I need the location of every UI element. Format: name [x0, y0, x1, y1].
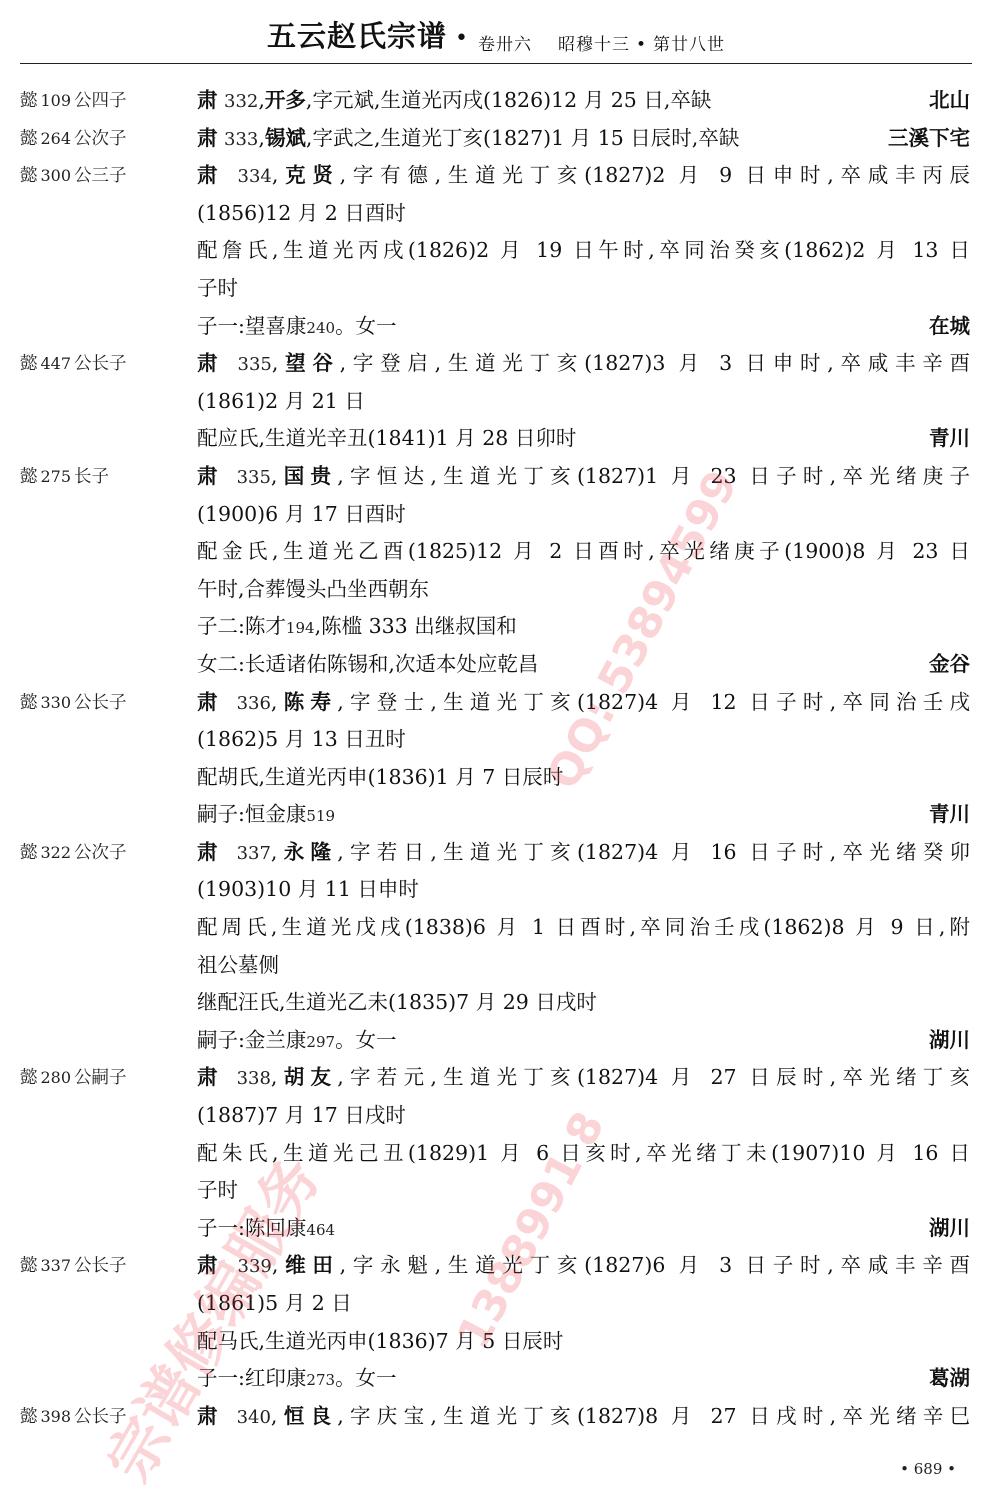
entry-first-line: 懿330公长子肃 336,陈寿,字登士,生道光丁亥(1827)4 月 12 日子… — [0, 684, 992, 722]
person-name: 开多 — [265, 88, 306, 112]
separator-dot: • — [455, 26, 468, 51]
entry-tail: ,陈槛 333 出继叔国和 — [315, 614, 517, 638]
entry-first-line: 懿280公嗣子肃 338,胡友,字若元,生道光丁亥(1827)4 月 27 日辰… — [0, 1059, 992, 1097]
parent-generation-char: 懿 — [20, 1256, 38, 1276]
entry-line: 子时 — [0, 1172, 992, 1210]
entry-first-line: 懿447公长子肃 335,望谷,字登启,生道光丁亥(1827)3 月 3 日申时… — [0, 345, 992, 383]
entry-line: (1861)5 月 2 日 — [0, 1285, 992, 1323]
parent-reference: 懿447公长子 — [20, 345, 127, 384]
entry-number: 334 — [238, 166, 272, 187]
entry-text: 子一:陈回康464 — [197, 1210, 970, 1250]
entry-number: 332 — [224, 91, 258, 112]
parent-relation: 公嗣子 — [74, 1068, 127, 1088]
residence-location: 北山 — [919, 82, 970, 120]
parent-number: 398 — [41, 1407, 72, 1426]
entry-details: ,字有德,生道光丁亥(1827)2 月 9 日申时,卒咸丰丙辰 — [340, 163, 970, 187]
parent-relation: 长子 — [74, 467, 109, 487]
entry-text: 继配汪氏,生道光乙未(1835)7 月 29 日戌时 — [197, 984, 970, 1022]
person-name: 恒良 — [277, 1404, 337, 1428]
entry-first-line: 懿398公长子肃 340,恒良,字庆宝,生道光丁亥(1827)8 月 27 日戌… — [0, 1398, 992, 1436]
book-title: 五云赵氏宗谱 — [267, 14, 447, 55]
child-number: 297 — [306, 1033, 335, 1051]
parent-generation-char: 懿 — [20, 354, 38, 374]
entry-number: 335 — [237, 467, 271, 488]
entry-details: 配胡氏,生道光丙申(1836)1 月 7 日辰时 — [197, 765, 563, 789]
person-name: 锡斌 — [265, 126, 306, 150]
parent-relation: 公长子 — [74, 1256, 127, 1276]
entry-details: (1856)12 月 2 日酉时 — [197, 201, 406, 225]
entry-line: 配马氏,生道光丙申(1836)7 月 5 日辰时 — [0, 1323, 992, 1361]
entry-line: 配周氏,生道光戊戌(1838)6 月 1 日酉时,卒同治壬戌(1862)8 月 … — [0, 909, 992, 947]
entry-number: 335 — [238, 354, 272, 375]
entry-text: 嗣子:金兰康297。女一 — [197, 1022, 970, 1062]
entry-text: 配詹氏,生道光丙戌(1826)2 月 19 日午时,卒同治癸亥(1862)2 月… — [197, 232, 970, 270]
residence-location: 湖川 — [919, 1210, 970, 1248]
residence-location: 三溪下宅 — [878, 120, 970, 158]
generation-char-small: 康 — [286, 1028, 307, 1052]
entry-details: 嗣子:金兰 — [197, 1028, 286, 1052]
entry-details: 子一:陈回 — [197, 1216, 286, 1240]
parent-number: 330 — [41, 693, 72, 712]
entry-text: (1887)7 月 17 日戌时 — [197, 1097, 970, 1135]
entry-first-line: 懿109公四子肃 332,开多,字元斌,生道光丙戌(1826)12 月 25 日… — [0, 82, 992, 120]
person-name: 国贵 — [277, 464, 337, 488]
entry-details: ,字登士,生道光丁亥(1827)4 月 12 日子时,卒同治壬戌 — [337, 690, 970, 714]
parent-reference: 懿398公长子 — [20, 1398, 127, 1437]
entry-line: (1903)10 月 11 日申时 — [0, 871, 992, 909]
entry-line: 嗣子:金兰康297。女一湖川 — [0, 1022, 992, 1060]
entry-first-line: 懿275长子肃 335,国贵,字恒达,生道光丁亥(1827)1 月 23 日子时… — [0, 458, 992, 496]
entry-number: 339 — [238, 1256, 272, 1277]
entry-details: 配朱氏,生道光己丑(1829)1 月 6 日亥时,卒光绪丁未(1907)10 月… — [197, 1141, 970, 1165]
generation-char-small: 康 — [286, 1366, 307, 1390]
entry-text: 肃 340,恒良,字庆宝,生道光丁亥(1827)8 月 27 日戌时,卒光绪辛巳 — [197, 1398, 970, 1437]
entry-text: 配周氏,生道光戊戌(1838)6 月 1 日酉时,卒同治壬戌(1862)8 月 … — [197, 909, 970, 947]
entry-details: 继配汪氏,生道光乙未(1835)7 月 29 日戌时 — [197, 990, 597, 1014]
parent-relation: 公长子 — [74, 1407, 127, 1427]
child-number: 464 — [306, 1221, 335, 1239]
parent-reference: 懿300公三子 — [20, 157, 127, 196]
entry-details: 午时,合葬馒头凸坐西朝东 — [197, 577, 429, 601]
entry-line: 嗣子:恒金康519青川 — [0, 796, 992, 834]
entry-first-line: 懿300公三子肃 334,克贤,字有德,生道光丁亥(1827)2 月 9 日申时… — [0, 157, 992, 195]
entry-line: 子一:红印康273。女一葛湖 — [0, 1360, 992, 1398]
page-header: 五云赵氏宗谱 • 卷卅六 昭穆十三•第廿八世 — [20, 18, 972, 64]
parent-number: 109 — [41, 91, 72, 110]
entry-details: 祖公墓侧 — [197, 953, 279, 977]
generation-char: 肃 — [197, 690, 224, 714]
entry-details: ,字永魁,生道光丁亥(1827)6 月 3 日子时,卒咸丰辛酉 — [340, 1253, 970, 1277]
entry-text: 子时 — [197, 1172, 970, 1210]
entry-details: 子时 — [197, 1178, 238, 1202]
parent-relation: 公长子 — [74, 354, 127, 374]
entry-first-line: 懿337公长子肃 339,维田,字永魁,生道光丁亥(1827)6 月 3 日子时… — [0, 1247, 992, 1285]
generation-char-small: 康 — [286, 314, 307, 338]
genealogy-entries: 懿109公四子肃 332,开多,字元斌,生道光丙戌(1826)12 月 25 日… — [0, 82, 992, 1435]
entry-details: (1900)6 月 17 日酉时 — [197, 502, 406, 526]
residence-location: 葛湖 — [919, 1360, 970, 1398]
residence-location: 青川 — [919, 796, 970, 834]
parent-reference: 懿330公长子 — [20, 684, 127, 723]
entry-text: 肃 332,开多,字元斌,生道光丙戌(1826)12 月 25 日,卒缺 — [197, 82, 970, 121]
parent-generation-char: 懿 — [20, 693, 38, 713]
parent-number: 264 — [41, 129, 72, 148]
entry-details: (1861)2 月 21 日 — [197, 389, 365, 413]
entry-line: 继配汪氏,生道光乙未(1835)7 月 29 日戌时 — [0, 984, 992, 1022]
entry-line: 配金氏,生道光乙酉(1825)12 月 2 日酉时,卒光绪庚子(1900)8 月… — [0, 533, 992, 571]
generation-order: 昭穆十三 — [558, 35, 630, 55]
parent-generation-char: 懿 — [20, 1407, 38, 1427]
entry-text: 肃 337,永隆,字若日,生道光丁亥(1827)4 月 16 日子时,卒光绪癸卯 — [197, 834, 970, 873]
entry-details: (1861)5 月 2 日 — [197, 1291, 352, 1315]
parent-number: 275 — [41, 467, 72, 486]
residence-location: 在城 — [919, 308, 970, 346]
parent-generation-char: 懿 — [20, 843, 38, 863]
entry-line: 子二:陈才194,陈槛 333 出继叔国和 — [0, 608, 992, 646]
entry-text: 配金氏,生道光乙酉(1825)12 月 2 日酉时,卒光绪庚子(1900)8 月… — [197, 533, 970, 571]
entry-details: (1903)10 月 11 日申时 — [197, 877, 419, 901]
generation-char: 肃 — [197, 1065, 224, 1089]
generation-char: 肃 — [197, 840, 224, 864]
residence-location: 湖川 — [919, 1022, 970, 1060]
entry-line: (1856)12 月 2 日酉时 — [0, 195, 992, 233]
parent-reference: 懿337公长子 — [20, 1247, 127, 1286]
parent-reference: 懿109公四子 — [20, 82, 127, 121]
entry-text: 配应氏,生道光辛丑(1841)1 月 28 日卯时 — [197, 420, 970, 458]
entry-details: 配马氏,生道光丙申(1836)7 月 5 日辰时 — [197, 1329, 563, 1353]
entry-text: 子一:红印康273。女一 — [197, 1360, 970, 1400]
entry-details: 女二:长适诸佑陈锡和,次适本处应乾昌 — [197, 652, 538, 676]
person-name: 永隆 — [277, 840, 337, 864]
parent-number: 447 — [41, 354, 72, 373]
entry-line: 配应氏,生道光辛丑(1841)1 月 28 日卯时青川 — [0, 420, 992, 458]
child-number: 194 — [286, 619, 315, 637]
parent-number: 280 — [41, 1068, 72, 1087]
entry-details: ,字元斌,生道光丙戌(1826)12 月 25 日,卒缺 — [306, 88, 711, 112]
entry-details: 配周氏,生道光戊戌(1838)6 月 1 日酉时,卒同治壬戌(1862)8 月 … — [197, 915, 970, 939]
entry-text: 肃 335,国贵,字恒达,生道光丁亥(1827)1 月 23 日子时,卒光绪庚子 — [197, 458, 970, 497]
person-name: 克贤 — [278, 163, 339, 187]
entry-text: 嗣子:恒金康519 — [197, 796, 970, 836]
entry-details: (1862)5 月 13 日丑时 — [197, 727, 406, 751]
generation-char: 肃 — [197, 126, 218, 150]
parent-reference: 懿264公次子 — [20, 120, 127, 159]
person-name: 维田 — [278, 1253, 339, 1277]
entry-text: (1900)6 月 17 日酉时 — [197, 496, 970, 534]
parent-number: 322 — [41, 843, 72, 862]
child-number: 273 — [306, 1371, 335, 1389]
parent-generation-char: 懿 — [20, 91, 38, 111]
entry-tail: 。女一 — [335, 314, 397, 338]
entry-text: 女二:长适诸佑陈锡和,次适本处应乾昌 — [197, 646, 970, 684]
entry-details: ,字武之,生道光丁亥(1827)1 月 15 日辰时,卒缺 — [306, 126, 739, 150]
entry-first-line: 懿322公次子肃 337,永隆,字若日,生道光丁亥(1827)4 月 16 日子… — [0, 834, 992, 872]
entry-text: 子二:陈才194,陈槛 333 出继叔国和 — [197, 608, 970, 648]
parent-relation: 公次子 — [74, 843, 127, 863]
entry-number: 333 — [224, 129, 258, 150]
generation-number: 第廿八世 — [653, 35, 725, 55]
parent-relation: 公四子 — [74, 91, 127, 111]
entry-details: (1887)7 月 17 日戌时 — [197, 1103, 406, 1127]
parent-relation: 公次子 — [74, 129, 127, 149]
entry-line: 配胡氏,生道光丙申(1836)1 月 7 日辰时 — [0, 759, 992, 797]
generation-char: 肃 — [197, 351, 224, 375]
entry-tail: 。女一 — [335, 1028, 397, 1052]
entry-text: 配胡氏,生道光丙申(1836)1 月 7 日辰时 — [197, 759, 970, 797]
entry-line: 配詹氏,生道光丙戌(1826)2 月 19 日午时,卒同治癸亥(1862)2 月… — [0, 232, 992, 270]
entry-details: ,字若日,生道光丁亥(1827)4 月 16 日子时,卒光绪癸卯 — [337, 840, 970, 864]
parent-reference: 懿280公嗣子 — [20, 1059, 127, 1098]
entry-details: 配詹氏,生道光丙戌(1826)2 月 19 日午时,卒同治癸亥(1862)2 月… — [197, 238, 970, 262]
entry-details: ,字庆宝,生道光丁亥(1827)8 月 27 日戌时,卒光绪辛巳 — [337, 1404, 970, 1428]
entry-details: 子二:陈才 — [197, 614, 286, 638]
residence-location: 金谷 — [919, 646, 970, 684]
entry-details: 子一:红印 — [197, 1366, 286, 1390]
generation-label: 昭穆十三•第廿八世 — [558, 30, 725, 55]
page-number: • 689 • — [900, 1460, 956, 1478]
entry-line: (1900)6 月 17 日酉时 — [0, 496, 992, 534]
entry-text: (1856)12 月 2 日酉时 — [197, 195, 970, 233]
residence-location: 青川 — [919, 420, 970, 458]
entry-text: 配朱氏,生道光己丑(1829)1 月 6 日亥时,卒光绪丁未(1907)10 月… — [197, 1135, 970, 1173]
entry-text: 肃 339,维田,字永魁,生道光丁亥(1827)6 月 3 日子时,卒咸丰辛酉 — [197, 1247, 970, 1286]
entry-text: 配马氏,生道光丙申(1836)7 月 5 日辰时 — [197, 1323, 970, 1361]
volume-label: 卷卅六 — [478, 30, 532, 55]
entry-details: 配应氏,生道光辛丑(1841)1 月 28 日卯时 — [197, 426, 576, 450]
entry-text: 肃 338,胡友,字若元,生道光丁亥(1827)4 月 27 日辰时,卒光绪丁亥 — [197, 1059, 970, 1098]
entry-line: (1861)2 月 21 日 — [0, 383, 992, 421]
entry-details: 子时 — [197, 276, 238, 300]
entry-line: 配朱氏,生道光己丑(1829)1 月 6 日亥时,卒光绪丁未(1907)10 月… — [0, 1135, 992, 1173]
entry-number: 336 — [237, 693, 271, 714]
entry-details: 配金氏,生道光乙酉(1825)12 月 2 日酉时,卒光绪庚子(1900)8 月… — [197, 539, 970, 563]
entry-line: 女二:长适诸佑陈锡和,次适本处应乾昌金谷 — [0, 646, 992, 684]
entry-text: 肃 335,望谷,字登启,生道光丁亥(1827)3 月 3 日申时,卒咸丰辛酉 — [197, 345, 970, 384]
entry-line: (1862)5 月 13 日丑时 — [0, 721, 992, 759]
entry-text: (1862)5 月 13 日丑时 — [197, 721, 970, 759]
child-number: 240 — [306, 319, 335, 337]
entry-text: (1861)5 月 2 日 — [197, 1285, 970, 1323]
child-number: 519 — [306, 807, 335, 825]
entry-number: 340 — [237, 1407, 271, 1428]
entry-details: ,字若元,生道光丁亥(1827)4 月 27 日辰时,卒光绪丁亥 — [337, 1065, 970, 1089]
generation-char-small: 康 — [286, 1216, 307, 1240]
entry-text: 肃 334,克贤,字有德,生道光丁亥(1827)2 月 9 日申时,卒咸丰丙辰 — [197, 157, 970, 196]
person-name: 胡友 — [277, 1065, 337, 1089]
generation-char: 肃 — [197, 88, 218, 112]
parent-generation-char: 懿 — [20, 1068, 38, 1088]
parent-generation-char: 懿 — [20, 467, 38, 487]
parent-generation-char: 懿 — [20, 166, 38, 186]
entry-text: (1903)10 月 11 日申时 — [197, 871, 970, 909]
entry-line: 子一:陈回康464湖川 — [0, 1210, 992, 1248]
parent-relation: 公长子 — [74, 693, 127, 713]
entry-text: 肃 336,陈寿,字登士,生道光丁亥(1827)4 月 12 日子时,卒同治壬戌 — [197, 684, 970, 723]
parent-number: 337 — [41, 1256, 72, 1275]
parent-reference: 懿275长子 — [20, 458, 109, 497]
parent-generation-char: 懿 — [20, 129, 38, 149]
generation-char: 肃 — [197, 163, 224, 187]
entry-text: 祖公墓侧 — [197, 947, 970, 985]
entry-details: 嗣子:恒金 — [197, 802, 286, 826]
generation-char: 肃 — [197, 1404, 224, 1428]
entry-text: 子时 — [197, 270, 970, 308]
generation-char: 肃 — [197, 1253, 224, 1277]
entry-first-line: 懿264公次子肃 333,锡斌,字武之,生道光丁亥(1827)1 月 15 日辰… — [0, 120, 992, 158]
entry-line: 午时,合葬馒头凸坐西朝东 — [0, 571, 992, 609]
separator-dot: • — [636, 35, 647, 55]
person-name: 望谷 — [278, 351, 339, 375]
entry-details: ,字登启,生道光丁亥(1827)3 月 3 日申时,卒咸丰辛酉 — [340, 351, 970, 375]
entry-text: (1861)2 月 21 日 — [197, 383, 970, 421]
entry-text: 肃 333,锡斌,字武之,生道光丁亥(1827)1 月 15 日辰时,卒缺 — [197, 120, 970, 159]
parent-reference: 懿322公次子 — [20, 834, 127, 873]
entry-text: 午时,合葬馒头凸坐西朝东 — [197, 571, 970, 609]
generation-char: 肃 — [197, 464, 224, 488]
parent-number: 300 — [41, 166, 72, 185]
entry-line: 子时 — [0, 270, 992, 308]
entry-tail: 。女一 — [335, 1366, 397, 1390]
entry-text: 子一:望喜康240。女一 — [197, 308, 970, 348]
parent-relation: 公三子 — [74, 166, 127, 186]
entry-line: 祖公墓侧 — [0, 947, 992, 985]
generation-char-small: 康 — [286, 802, 307, 826]
entry-number: 337 — [237, 843, 271, 864]
entry-details: 子一:望喜 — [197, 314, 286, 338]
entry-line: 子一:望喜康240。女一在城 — [0, 308, 992, 346]
entry-details: ,字恒达,生道光丁亥(1827)1 月 23 日子时,卒光绪庚子 — [337, 464, 970, 488]
entry-number: 338 — [237, 1068, 271, 1089]
entry-line: (1887)7 月 17 日戌时 — [0, 1097, 992, 1135]
person-name: 陈寿 — [277, 690, 337, 714]
